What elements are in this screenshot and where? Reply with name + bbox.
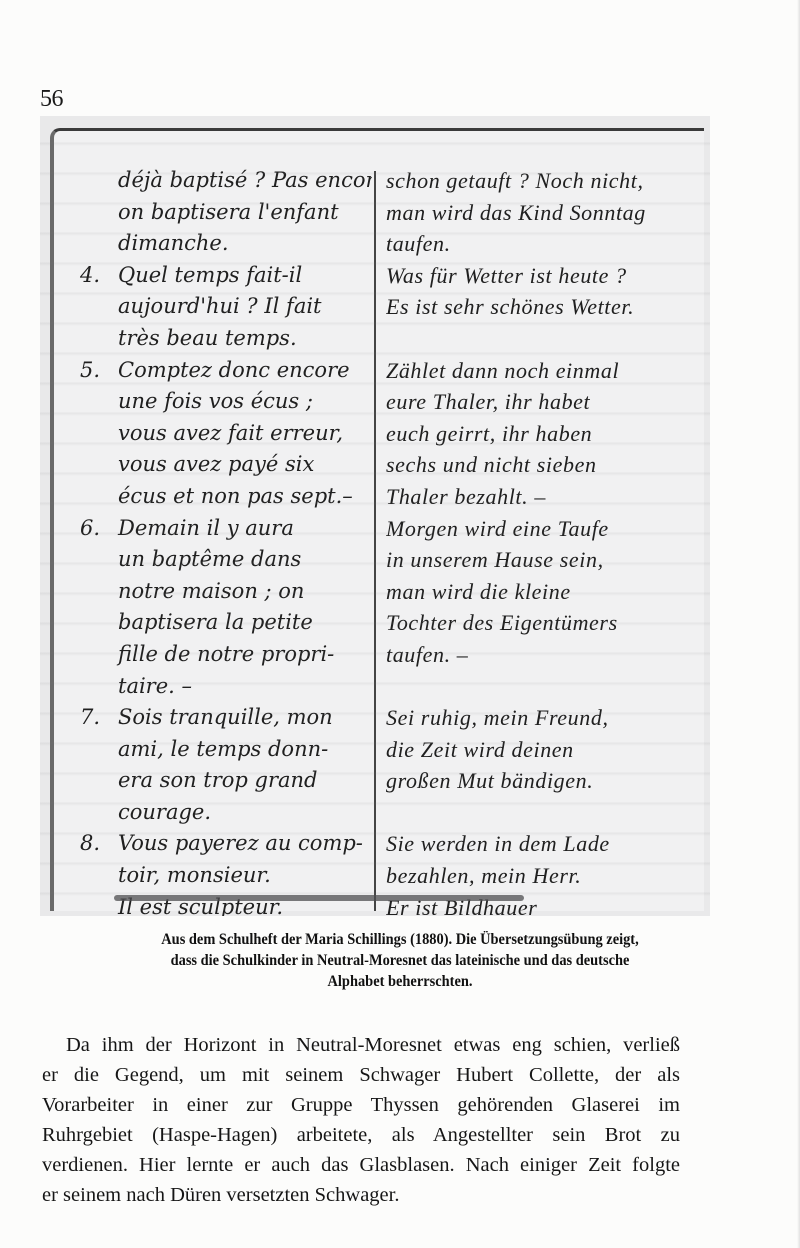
handwritten-line: taufen. <box>386 228 696 260</box>
body-line: verdienen. Hier lernte er auch das Glasb… <box>42 1150 680 1180</box>
handwritten-line: 5.Comptez donc encore <box>76 355 372 387</box>
handwritten-line: vous avez payé six <box>76 449 372 481</box>
handwritten-line: on baptisera l'enfant <box>76 197 372 229</box>
body-line: er seinem nach Düren versetzten Schwager… <box>42 1180 680 1210</box>
handwritten-line: aujourd'hui ? Il fait <box>76 291 372 323</box>
handwritten-line: Morgen wird eine Taufe <box>386 513 696 545</box>
handwritten-line: großen Mut bändigen. <box>386 765 696 797</box>
figure-caption: Aus dem Schulheft der Maria Schillings (… <box>65 929 735 992</box>
handwritten-line: die Zeit wird deinen <box>386 734 696 766</box>
notebook-photo: déjà baptisé ? Pas encor on baptisera l'… <box>40 116 710 916</box>
handwritten-line: 4.Quel temps fait-il <box>76 260 372 292</box>
body-paragraph: Da ihm der Horizont in Neutral-Moresnet … <box>42 1030 680 1210</box>
handwritten-line: Sei ruhig, mein Freund, <box>386 702 696 734</box>
handwritten-line: man wird das Kind Sonntag <box>386 197 696 229</box>
handwritten-line: écus et non pas sept.– <box>76 481 372 513</box>
handwritten-line <box>386 797 696 829</box>
handwritten-line: déjà baptisé ? Pas encor <box>76 165 372 197</box>
sheet-bottom-edge <box>114 895 524 901</box>
handwritten-line: très beau temps. <box>76 323 372 355</box>
handwritten-line: un baptême dans <box>76 544 372 576</box>
handwritten-line: Tochter des Eigentümers <box>386 607 696 639</box>
handwritten-line: schon getauft ? Noch nicht, <box>386 165 696 197</box>
handwritten-line: toir, monsieur. <box>76 860 372 892</box>
handwritten-line: taire. – <box>76 671 372 703</box>
handwritten-line: dimanche. <box>76 228 372 260</box>
handwritten-line: courage. <box>76 797 372 829</box>
body-line: Ruhrgebiet (Haspe-Hagen) arbeitete, als … <box>42 1120 680 1150</box>
german-column: schon getauft ? Noch nicht, man wird das… <box>386 165 696 916</box>
caption-line: Aus dem Schulheft der Maria Schillings (… <box>65 929 735 950</box>
handwritten-line: Thaler bezahlt. – <box>386 481 696 513</box>
handwritten-line: bezahlen, mein Herr. <box>386 860 696 892</box>
handwritten-line: euch geirrt, ihr haben <box>386 418 696 450</box>
body-line: Da ihm der Horizont in Neutral-Moresnet … <box>42 1030 680 1060</box>
handwritten-line: 7.Sois tranquille, mon <box>76 702 372 734</box>
body-line: er die Gegend, um mit seinem Schwager Hu… <box>42 1060 680 1090</box>
handwritten-line: eure Thaler, ihr habet <box>386 386 696 418</box>
handwritten-line: notre maison ; on <box>76 576 372 608</box>
page-number: 56 <box>40 86 63 113</box>
handwritten-line: une fois vos écus ; <box>76 386 372 418</box>
handwritten-line: Es ist sehr schönes Wetter. <box>386 291 696 323</box>
french-column: déjà baptisé ? Pas encor on baptisera l'… <box>76 165 372 916</box>
handwritten-line: baptisera la petite <box>76 607 372 639</box>
handwritten-line: man wird die kleine <box>386 576 696 608</box>
handwritten-line <box>386 671 696 703</box>
handwritten-line: fille de notre propri- <box>76 639 372 671</box>
column-divider <box>374 171 376 911</box>
handwritten-line <box>386 323 696 355</box>
handwritten-line: sechs und nicht sieben <box>386 449 696 481</box>
handwritten-line: ami, le temps donn- <box>76 734 372 766</box>
handwritten-line: vous avez fait erreur, <box>76 418 372 450</box>
handwritten-line: Zählet dann noch einmal <box>386 355 696 387</box>
handwritten-line: Sie werden in dem Lade <box>386 828 696 860</box>
handwritten-line: 6.Demain il y aura <box>76 513 372 545</box>
handwritten-line: 8.Vous payerez au comp- <box>76 828 372 860</box>
caption-line: dass die Schulkinder in Neutral-Moresnet… <box>65 950 735 971</box>
handwritten-line: in unserem Hause sein, <box>386 544 696 576</box>
body-line: Vorarbeiter in einer zur Gruppe Thyssen … <box>42 1090 680 1120</box>
handwritten-line: Was für Wetter ist heute ? <box>386 260 696 292</box>
notebook-sheet: déjà baptisé ? Pas encor on baptisera l'… <box>50 128 704 911</box>
caption-line: Alphabet beherrschten. <box>65 971 735 992</box>
handwritten-line: era son trop grand <box>76 765 372 797</box>
handwritten-line: taufen. – <box>386 639 696 671</box>
